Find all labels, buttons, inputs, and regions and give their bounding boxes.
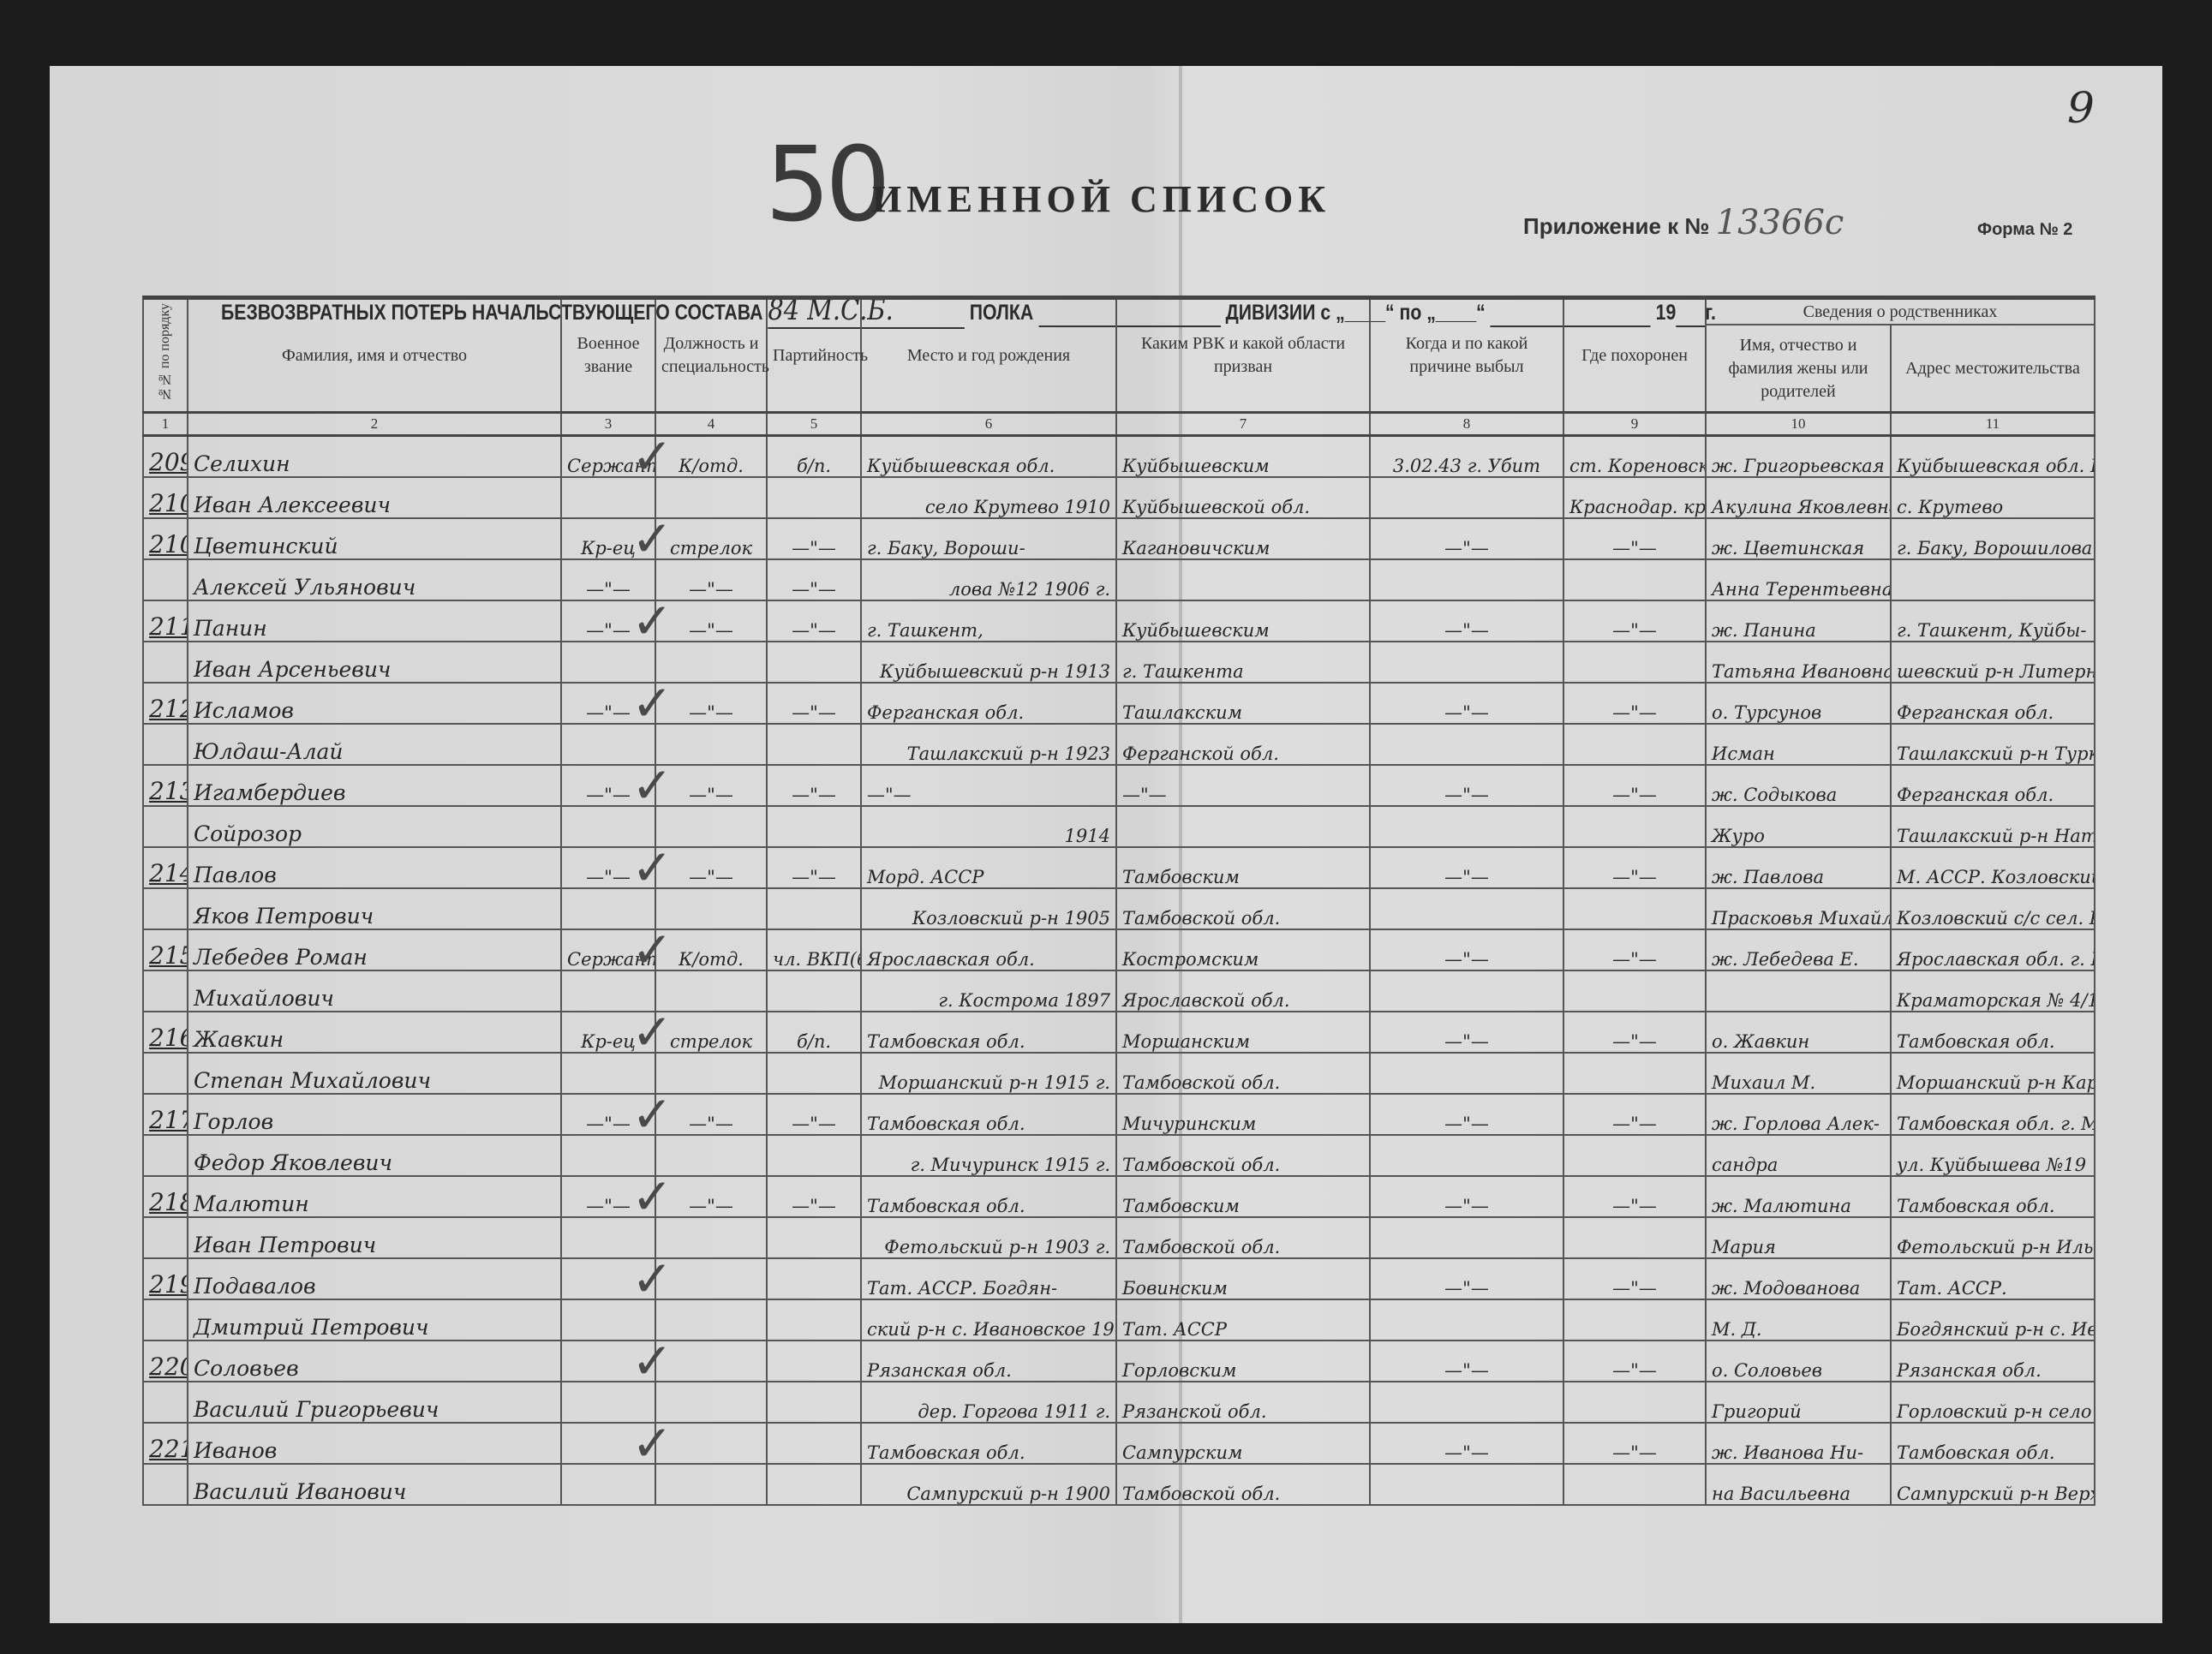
address-cell: Тамбовская обл. [1891, 1423, 2095, 1464]
address-cell: М. АССР. Козловский р-н [1891, 847, 2095, 888]
col-header-10: Имя, отчество и фамилия жены или родител… [1706, 325, 1891, 413]
date-cause-cell: —"— [1370, 518, 1563, 559]
birthplace-cell: Тамбовская обл. [861, 1012, 1116, 1053]
draft-office-cell: Тамбовским [1116, 1176, 1370, 1217]
check-mark-icon: ✓ [631, 756, 673, 815]
birthplace-cell: Ярославская обл. [861, 929, 1116, 970]
burial-place-cell [1563, 1464, 1706, 1505]
draft-office-cell: —"— [1116, 765, 1370, 806]
draft-office-cell: Сампурским [1116, 1423, 1370, 1464]
party-cell [767, 1423, 861, 1464]
date-cause-cell [1370, 1299, 1563, 1341]
burial-place-cell [1563, 970, 1706, 1012]
date-cause-cell: —"— [1370, 1258, 1563, 1299]
table-row-continuation: Василий ИвановичСампурский р-н 1900Тамбо… [143, 1464, 2095, 1505]
full-name-cell: Иван Петрович [188, 1217, 561, 1258]
address-cell: Краматорская № 4/17 [1891, 970, 2095, 1012]
full-name-cell: Жавкин [188, 1012, 561, 1053]
relative-name-cell: ж. Модованова [1706, 1258, 1891, 1299]
appendix-reference: Приложение к № 13366с [1523, 203, 1844, 242]
row-number-cell [143, 1053, 188, 1094]
full-name-cell: Юлдаш-Алай [188, 724, 561, 765]
party-cell [767, 1053, 861, 1094]
date-cause-cell: —"— [1370, 683, 1563, 724]
full-name-cell: Лебедев Роман [188, 929, 561, 970]
birthplace-cell: г. Мичуринск 1915 г. [861, 1135, 1116, 1176]
burial-place-cell: ст. Кореновская [1563, 436, 1706, 478]
check-mark-icon: ✓ [631, 1414, 673, 1472]
full-name-cell: Иван Алексеевич [188, 477, 561, 518]
check-mark-icon: ✓ [631, 674, 673, 732]
relative-name-cell: ж. Цветинская [1706, 518, 1891, 559]
birthplace-cell: —"— [861, 765, 1116, 806]
full-name-cell: Малютин [188, 1176, 561, 1217]
birthplace-cell: Фетольский р-н 1903 г. [861, 1217, 1116, 1258]
party-cell: —"— [767, 765, 861, 806]
birthplace-cell: Куйбышевский р-н 1913 [861, 642, 1116, 683]
relative-name-cell: Анна Терентьевна [1706, 559, 1891, 600]
relative-name-cell: сандра [1706, 1135, 1891, 1176]
full-name-cell: Василий Иванович [188, 1464, 561, 1505]
address-cell: с. Крутево [1891, 477, 2095, 518]
table-row-continuation: Яков ПетровичКозловский р-н 1905Тамбовск… [143, 888, 2095, 929]
full-name-cell: Федор Яковлевич [188, 1135, 561, 1176]
row-number-cell: 218 [143, 1176, 188, 1217]
full-name-cell: Василий Григорьевич [188, 1382, 561, 1423]
date-cause-cell [1370, 888, 1563, 929]
row-number-cell: 220 [143, 1341, 188, 1382]
row-number-cell [143, 1217, 188, 1258]
col-header-11: Адрес местожительства [1891, 325, 2095, 413]
table-row: 216ЖавкинКр-ецстрелокб/п.Тамбовская обл.… [143, 1012, 2095, 1053]
birthplace-cell: Куйбышевская обл. [861, 436, 1116, 478]
address-cell: Ташлакский р-н Натобуский с/с [1891, 806, 2095, 847]
burial-place-cell [1563, 806, 1706, 847]
party-cell [767, 970, 861, 1012]
table-row: 212Исламов—"——"——"—Ферганская обл.Ташлак… [143, 683, 2095, 724]
party-cell [767, 1299, 861, 1341]
date-cause-cell [1370, 1053, 1563, 1094]
full-name-cell: Подавалов [188, 1258, 561, 1299]
full-name-cell: Игамбердиев [188, 765, 561, 806]
table-row: 218Малютин—"——"——"—Тамбовская обл.Тамбов… [143, 1176, 2095, 1217]
party-cell [767, 1258, 861, 1299]
draft-office-cell [1116, 806, 1370, 847]
table-row-continuation: Дмитрий Петровичский р-н с. Ивановское 1… [143, 1299, 2095, 1341]
row-number-cell [143, 1135, 188, 1176]
draft-office-cell: Ферганской обл. [1116, 724, 1370, 765]
date-cause-cell [1370, 1135, 1563, 1176]
burial-place-cell [1563, 1382, 1706, 1423]
party-cell [767, 1135, 861, 1176]
burial-place-cell: —"— [1563, 1423, 1706, 1464]
relative-name-cell: Журо [1706, 806, 1891, 847]
row-number-cell [143, 806, 188, 847]
date-cause-cell: —"— [1370, 847, 1563, 888]
table-row: 209СелихинСержантК/отд.б/п.Куйбышевская … [143, 436, 2095, 478]
party-cell [767, 642, 861, 683]
table-row-continuation: Алексей Ульянович—"——"——"—лова №12 1906 … [143, 559, 2095, 600]
burial-place-cell: —"— [1563, 1094, 1706, 1135]
burial-place-cell: —"— [1563, 765, 1706, 806]
relative-name-cell: ж. Малютина [1706, 1176, 1891, 1217]
draft-office-cell: Горловским [1116, 1341, 1370, 1382]
row-number-cell [143, 559, 188, 600]
col-num-6: 6 [861, 413, 1116, 436]
burial-place-cell: —"— [1563, 683, 1706, 724]
address-cell: Козловский с/с сел. Козловка [1891, 888, 2095, 929]
draft-office-cell: Моршанским [1116, 1012, 1370, 1053]
draft-office-cell: Рязанской обл. [1116, 1382, 1370, 1423]
check-mark-icon: ✓ [631, 510, 673, 568]
burial-place-cell: —"— [1563, 1176, 1706, 1217]
birthplace-cell: г. Баку, Вороши- [861, 518, 1116, 559]
party-cell: —"— [767, 683, 861, 724]
relative-name-cell: М. Д. [1706, 1299, 1891, 1341]
relative-name-cell: Прасковья Михайловна [1706, 888, 1891, 929]
date-cause-cell [1370, 806, 1563, 847]
burial-place-cell [1563, 1135, 1706, 1176]
form-label: Форма № 2 [1977, 220, 2072, 240]
birthplace-cell: Моршанский р-н 1915 г. [861, 1053, 1116, 1094]
relative-name-cell: Григорий [1706, 1382, 1891, 1423]
row-number-cell [143, 642, 188, 683]
party-cell: —"— [767, 1176, 861, 1217]
check-mark-icon: ✓ [631, 839, 673, 897]
date-cause-cell [1370, 1382, 1563, 1423]
row-number-cell: 212 [143, 683, 188, 724]
row-number-cell [143, 1464, 188, 1505]
check-mark-icon: ✓ [631, 1167, 673, 1226]
relative-name-cell: Исман [1706, 724, 1891, 765]
relative-name-cell: ж. Лебедева Е. [1706, 929, 1891, 970]
full-name-cell: Иванов [188, 1423, 561, 1464]
address-cell: Тамбовская обл. [1891, 1012, 2095, 1053]
party-cell: —"— [767, 559, 861, 600]
burial-place-cell [1563, 724, 1706, 765]
date-cause-cell [1370, 1217, 1563, 1258]
burial-place-cell [1563, 888, 1706, 929]
draft-office-cell: Куйбышевской обл. [1116, 477, 1370, 518]
draft-office-cell: Тамбовской обл. [1116, 888, 1370, 929]
address-cell: Тамбовская обл. [1891, 1176, 2095, 1217]
address-cell: Ташлакский р-н Туркопбулакский с/с [1891, 724, 2095, 765]
birthplace-cell: дер. Горгова 1911 г. [861, 1382, 1116, 1423]
burial-place-cell: —"— [1563, 600, 1706, 642]
date-cause-cell: 3.02.43 г. Убит [1370, 436, 1563, 478]
draft-office-cell: г. Ташкента [1116, 642, 1370, 683]
birthplace-cell: Морд. АССР [861, 847, 1116, 888]
birthplace-cell: Ташлакский р-н 1923 [861, 724, 1116, 765]
table-row-continuation: Степан МихайловичМоршанский р-н 1915 г.Т… [143, 1053, 2095, 1094]
col-header-3: Военное звание [561, 298, 655, 413]
table-row-continuation: Сойрозор1914ЖуроТашлакский р-н Натобуски… [143, 806, 2095, 847]
handwritten-count: 50 [765, 126, 886, 245]
col-num-2: 2 [188, 413, 561, 436]
row-number-cell [143, 888, 188, 929]
full-name-cell: Павлов [188, 847, 561, 888]
birthplace-cell: село Крутево 1910 [861, 477, 1116, 518]
row-number-cell: 217 [143, 1094, 188, 1135]
address-cell: Богдянский р-н с. Ивановское [1891, 1299, 2095, 1341]
check-mark-icon: ✓ [631, 592, 673, 650]
col-num-5: 5 [767, 413, 861, 436]
col-header-4: Должность и специальность [655, 298, 767, 413]
full-name-cell: Михайлович [188, 970, 561, 1012]
birthplace-cell: Ферганская обл. [861, 683, 1116, 724]
burial-place-cell: —"— [1563, 847, 1706, 888]
col-num-11: 11 [1891, 413, 2095, 436]
date-cause-cell: —"— [1370, 929, 1563, 970]
table-row: 210ЦветинскийКр-ецстрелок—"—г. Баку, Вор… [143, 518, 2095, 559]
birthplace-cell: Сампурский р-н 1900 [861, 1464, 1116, 1505]
address-cell: шевский р-н Литерная №11 [1891, 642, 2095, 683]
draft-office-cell: Костромским [1116, 929, 1370, 970]
header-row: №№ по порядку Фамилия, имя и отчество Во… [143, 298, 2095, 325]
draft-office-cell: Куйбышевским [1116, 436, 1370, 478]
draft-office-cell: Тамбовской обл. [1116, 1053, 1370, 1094]
birthplace-cell: г. Кострома 1897 [861, 970, 1116, 1012]
full-name-cell: Исламов [188, 683, 561, 724]
party-cell [767, 1217, 861, 1258]
table-row: 220СоловьевРязанская обл.Горловским—"——"… [143, 1341, 2095, 1382]
address-cell: Сампурский р-н Верхоцен. [1891, 1464, 2095, 1505]
table-row: 211Панин—"——"——"—г. Ташкент,Куйбышевским… [143, 600, 2095, 642]
address-cell: ул. Куйбышева №19 [1891, 1135, 2095, 1176]
address-cell [1891, 559, 2095, 600]
full-name-cell: Селихин [188, 436, 561, 478]
birthplace-cell: Козловский р-н 1905 [861, 888, 1116, 929]
check-mark-icon: ✓ [631, 427, 673, 486]
row-number-cell [143, 1382, 188, 1423]
burial-place-cell: Краснодар. кр. Кореновского р-на [1563, 477, 1706, 518]
sheet-number: 9 [2067, 83, 2095, 133]
draft-office-cell: Тамбовской обл. [1116, 1135, 1370, 1176]
check-mark-icon: ✓ [631, 1332, 673, 1390]
relative-name-cell: ж. Григорьевская [1706, 436, 1891, 478]
party-cell [767, 888, 861, 929]
draft-office-cell: Куйбышевским [1116, 600, 1370, 642]
table-body: 209СелихинСержантК/отд.б/п.Куйбышевская … [143, 436, 2095, 1506]
relative-name-cell: ж. Панина [1706, 600, 1891, 642]
address-cell: Тат. АССР. [1891, 1258, 2095, 1299]
birthplace-cell: 1914 [861, 806, 1116, 847]
col-num-9: 9 [1563, 413, 1706, 436]
date-cause-cell: —"— [1370, 1012, 1563, 1053]
date-cause-cell [1370, 642, 1563, 683]
address-cell: Моршанский р-н Карельский с/с [1891, 1053, 2095, 1094]
col-num-10: 10 [1706, 413, 1891, 436]
row-number-cell: 215 [143, 929, 188, 970]
appendix-number: 13366с [1716, 203, 1844, 242]
address-cell: Куйбышевская обл. Куйбышевский р-н [1891, 436, 2095, 478]
party-cell [767, 1464, 861, 1505]
row-number-cell [143, 970, 188, 1012]
table-row: 221ИвановТамбовская обл.Сампурским—"——"—… [143, 1423, 2095, 1464]
birthplace-cell: Тамбовская обл. [861, 1176, 1116, 1217]
party-cell: б/п. [767, 436, 861, 478]
col-header-2: Фамилия, имя и отчество [188, 298, 561, 413]
table-row-continuation: Федор Яковлевичг. Мичуринск 1915 г.Тамбо… [143, 1135, 2095, 1176]
full-name-cell: Цветинский [188, 518, 561, 559]
burial-place-cell [1563, 642, 1706, 683]
col-header-9: Где похоронен [1563, 298, 1706, 413]
party-cell [767, 1382, 861, 1423]
relative-name-cell: ж. Горлова Алек- [1706, 1094, 1891, 1135]
full-name-cell: Соловьев [188, 1341, 561, 1382]
date-cause-cell [1370, 970, 1563, 1012]
date-cause-cell: —"— [1370, 1094, 1563, 1135]
table-row: 217Горлов—"——"——"—Тамбовская обл.Мичурин… [143, 1094, 2095, 1135]
appendix-label: Приложение к № [1523, 213, 1709, 239]
burial-place-cell: —"— [1563, 1258, 1706, 1299]
draft-office-cell: Ташлакским [1116, 683, 1370, 724]
burial-place-cell [1563, 559, 1706, 600]
relative-name-cell: о. Турсунов [1706, 683, 1891, 724]
col-header-1: №№ по порядку [143, 298, 188, 413]
row-number-cell: 209 [143, 436, 188, 478]
address-cell: Ярославская обл. г. Кострома [1891, 929, 2095, 970]
party-cell: —"— [767, 1094, 861, 1135]
full-name-cell: Степан Михайлович [188, 1053, 561, 1094]
relative-name-cell: ж. Иванова Ни- [1706, 1423, 1891, 1464]
row-number-cell [143, 724, 188, 765]
date-cause-cell: —"— [1370, 765, 1563, 806]
col-num-8: 8 [1370, 413, 1563, 436]
table-row-continuation: Юлдаш-АлайТашлакский р-н 1923Ферганской … [143, 724, 2095, 765]
party-cell [767, 806, 861, 847]
row-number-cell: 210 [143, 518, 188, 559]
check-mark-icon: ✓ [631, 1250, 673, 1308]
birthplace-cell: Тамбовская обл. [861, 1423, 1116, 1464]
full-name-cell: Панин [188, 600, 561, 642]
row-number-cell: 210 [143, 477, 188, 518]
draft-office-cell: Тат. АССР [1116, 1299, 1370, 1341]
address-cell: Ферганская обл. [1891, 765, 2095, 806]
draft-office-cell: Тамбовской обл. [1116, 1464, 1370, 1505]
draft-office-cell: Тамбовским [1116, 847, 1370, 888]
col-header-8: Когда и по какой причине выбыл [1370, 298, 1563, 413]
table-row: 214Павлов—"——"——"—Морд. АССРТамбовским—"… [143, 847, 2095, 888]
row-number-cell: 221 [143, 1423, 188, 1464]
full-name-cell: Яков Петрович [188, 888, 561, 929]
party-cell: чл. ВКП(б) [767, 929, 861, 970]
date-cause-cell [1370, 724, 1563, 765]
birthplace-cell: Рязанская обл. [861, 1341, 1116, 1382]
draft-office-cell: Тамбовской обл. [1116, 1217, 1370, 1258]
party-cell [767, 1341, 861, 1382]
table-row-continuation: 210Иван Алексеевичсело Крутево 1910Куйбы… [143, 477, 2095, 518]
check-mark-icon: ✓ [631, 1085, 673, 1143]
losses-table: №№ по порядку Фамилия, имя и отчество Во… [142, 296, 2095, 1506]
burial-place-cell: —"— [1563, 1341, 1706, 1382]
table-row: 213Игамбердиев—"——"——"——"——"——"——"—ж. Со… [143, 765, 2095, 806]
date-cause-cell: —"— [1370, 1341, 1563, 1382]
relative-name-cell: ж. Содыкова [1706, 765, 1891, 806]
relative-name-cell: на Васильевна [1706, 1464, 1891, 1505]
row-number-cell: 213 [143, 765, 188, 806]
document-title: ИМЕННОЙ СПИСОК [872, 177, 1330, 221]
table-row: 215Лебедев РоманСержантК/отд.чл. ВКП(б)Я… [143, 929, 2095, 970]
draft-office-cell [1116, 559, 1370, 600]
birthplace-cell: лова №12 1906 г. [861, 559, 1116, 600]
table-row-continuation: Иван ПетровичФетольский р-н 1903 г.Тамбо… [143, 1217, 2095, 1258]
party-cell: —"— [767, 847, 861, 888]
burial-place-cell [1563, 1299, 1706, 1341]
relative-name-cell: Татьяна Ивановна [1706, 642, 1891, 683]
draft-office-cell: Ярославской обл. [1116, 970, 1370, 1012]
party-cell [767, 477, 861, 518]
party-cell: —"— [767, 600, 861, 642]
date-cause-cell: —"— [1370, 1423, 1563, 1464]
row-number-cell: 216 [143, 1012, 188, 1053]
col-header-5: Партийность [767, 298, 861, 413]
draft-office-cell: Бовинским [1116, 1258, 1370, 1299]
table-row-continuation: Василий Григорьевичдер. Горгова 1911 г.Р… [143, 1382, 2095, 1423]
burial-place-cell [1563, 1053, 1706, 1094]
relative-name-cell [1706, 970, 1891, 1012]
relatives-group-header: Сведения о родственниках [1706, 298, 2095, 325]
col-num-1: 1 [143, 413, 188, 436]
table-row-continuation: Иван АрсеньевичКуйбышевский р-н 1913г. Т… [143, 642, 2095, 683]
burial-place-cell: —"— [1563, 929, 1706, 970]
address-cell: Тамбовская обл. г. Мичуринск [1891, 1094, 2095, 1135]
date-cause-cell [1370, 477, 1563, 518]
party-cell [767, 724, 861, 765]
col-header-7: Каким РВК и какой области призван [1116, 298, 1370, 413]
document-page: 9 50 ИМЕННОЙ СПИСОК Приложение к № 13366… [50, 66, 2162, 1623]
address-cell: Ферганская обл. [1891, 683, 2095, 724]
date-cause-cell: —"— [1370, 1176, 1563, 1217]
burial-place-cell [1563, 1217, 1706, 1258]
full-name-cell: Иван Арсеньевич [188, 642, 561, 683]
relative-name-cell: Михаил М. [1706, 1053, 1891, 1094]
address-cell: Фетольский р-н Ильново-Покровский с/с [1891, 1217, 2095, 1258]
row-number-cell: 214 [143, 847, 188, 888]
address-cell: Рязанская обл. [1891, 1341, 2095, 1382]
row-number-cell: 219 [143, 1258, 188, 1299]
party-cell: б/п. [767, 1012, 861, 1053]
draft-office-cell: Мичуринским [1116, 1094, 1370, 1135]
relative-name-cell: о. Жавкин [1706, 1012, 1891, 1053]
check-mark-icon: ✓ [631, 1003, 673, 1061]
full-name-cell: Алексей Ульянович [188, 559, 561, 600]
relative-name-cell: Акулина Яковлевна [1706, 477, 1891, 518]
burial-place-cell: —"— [1563, 518, 1706, 559]
address-cell: г. Баку, Ворошилова 12 [1891, 518, 2095, 559]
address-cell: г. Ташкент, Куйбы- [1891, 600, 2095, 642]
table-row-continuation: Михайловичг. Кострома 1897Ярославской об… [143, 970, 2095, 1012]
check-mark-icon: ✓ [631, 921, 673, 979]
row-number-cell: 211 [143, 600, 188, 642]
full-name-cell: Горлов [188, 1094, 561, 1135]
relative-name-cell: Мария [1706, 1217, 1891, 1258]
table-row: 219ПодаваловТат. АССР. Богдян-Бовинским—… [143, 1258, 2095, 1299]
party-cell: —"— [767, 518, 861, 559]
date-cause-cell: —"— [1370, 600, 1563, 642]
burial-place-cell: —"— [1563, 1012, 1706, 1053]
full-name-cell: Сойрозор [188, 806, 561, 847]
birthplace-cell: г. Ташкент, [861, 600, 1116, 642]
birthplace-cell: Тат. АССР. Богдян- [861, 1258, 1116, 1299]
full-name-cell: Дмитрий Петрович [188, 1299, 561, 1341]
column-number-row: 1 2 3 4 5 6 7 8 9 10 11 [143, 413, 2095, 436]
relative-name-cell: ж. Павлова [1706, 847, 1891, 888]
relative-name-cell: о. Соловьев [1706, 1341, 1891, 1382]
birthplace-cell: Тамбовская обл. [861, 1094, 1116, 1135]
date-cause-cell [1370, 1464, 1563, 1505]
col-header-6: Место и год рождения [861, 298, 1116, 413]
